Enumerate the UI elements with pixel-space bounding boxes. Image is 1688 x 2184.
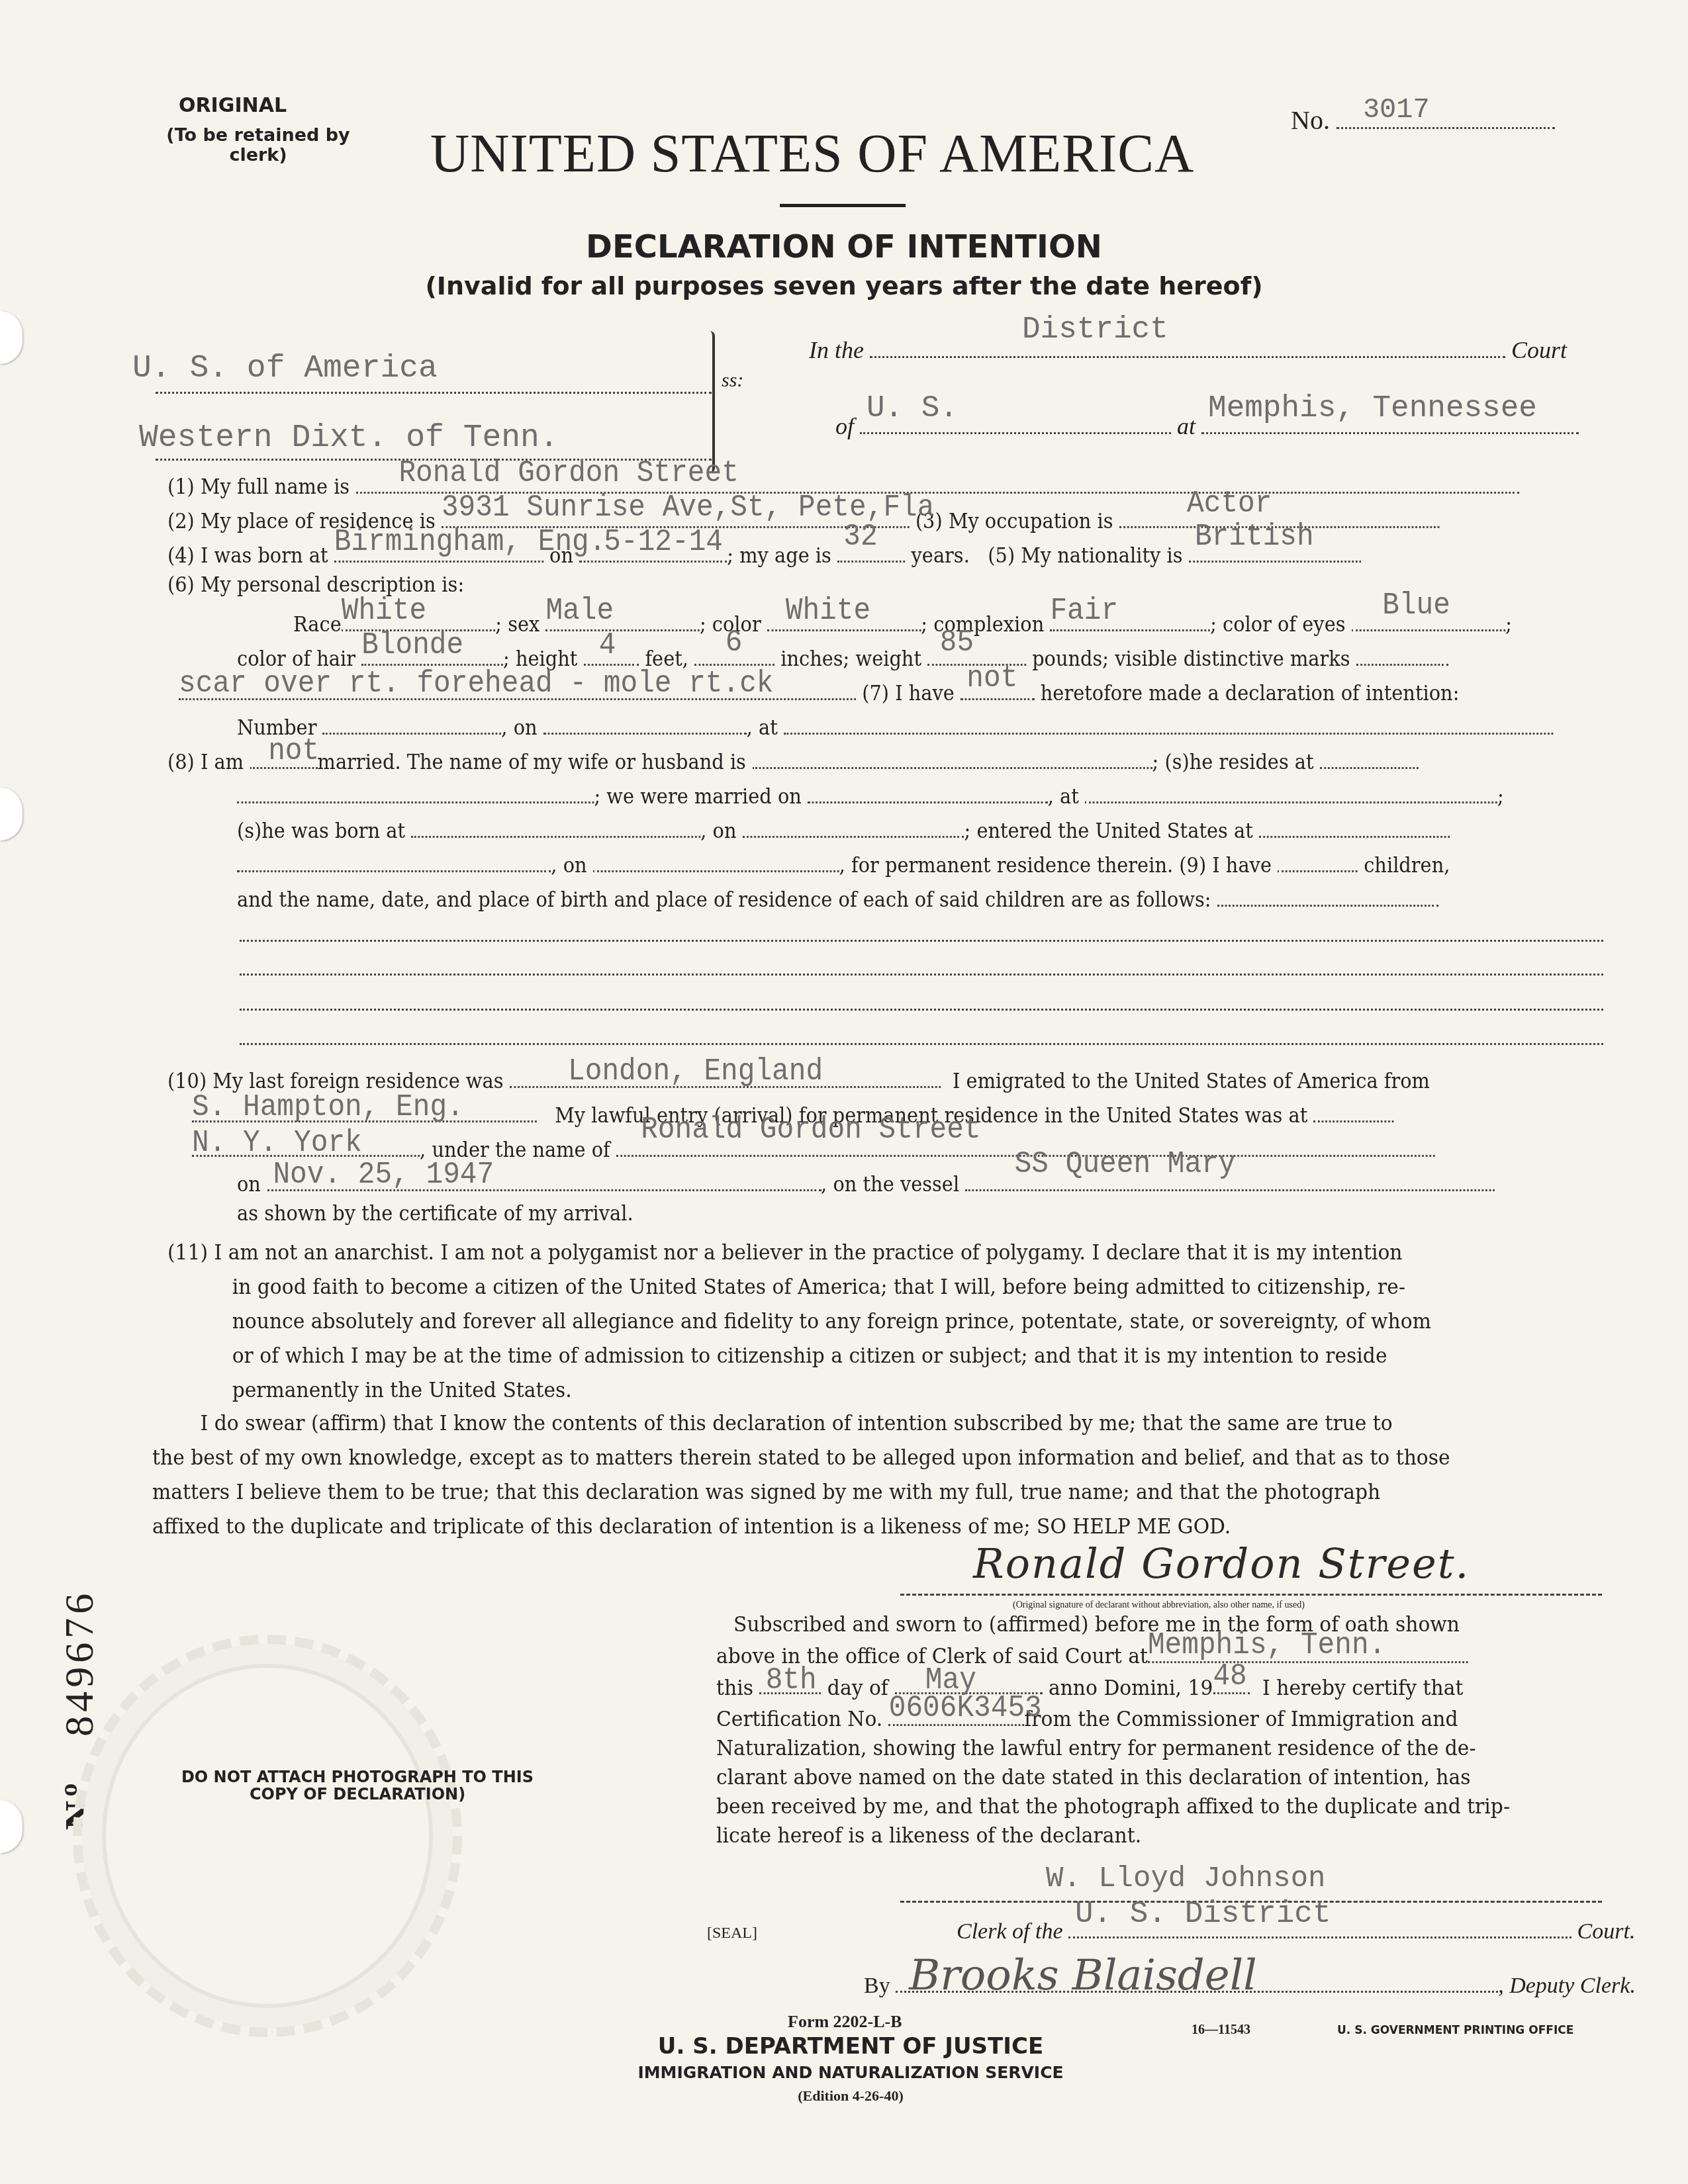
marriage-place-field[interactable] xyxy=(1085,780,1497,803)
age-field[interactable]: 32 xyxy=(837,539,905,563)
height-feet-value: 4 xyxy=(599,628,616,662)
married-on-label: ; we were married on xyxy=(594,785,801,809)
marital-status-value: not xyxy=(268,734,319,768)
spouse-entry-date-field[interactable] xyxy=(593,848,839,872)
children-line-2[interactable] xyxy=(240,974,1603,976)
prior-place-field[interactable] xyxy=(784,711,1554,735)
form-code: Form 2202-L-B xyxy=(788,2012,902,2032)
spouse-residence-field-2[interactable] xyxy=(237,780,594,803)
children-count-field[interactable] xyxy=(1278,848,1358,872)
q11-line: in good faith to become a citizen of the… xyxy=(167,1269,1431,1304)
q11-line: (11) I am not an anarchist. I am not a p… xyxy=(167,1235,1431,1269)
marriage-date-field[interactable] xyxy=(808,780,1048,803)
year-field[interactable]: 48 xyxy=(1213,1670,1250,1695)
complexion-field[interactable]: Fair xyxy=(1050,608,1210,631)
deputy-clerk-label: , Deputy Clerk. xyxy=(1498,1974,1636,1998)
copy-label: ORIGINAL xyxy=(179,94,287,117)
marks-value: scar over rt. forehead - mole rt.ck xyxy=(179,666,774,701)
by-label: By xyxy=(864,1974,890,1998)
emigrated-from-field[interactable]: S. Hampton, Eng. xyxy=(192,1099,537,1122)
venue-bracket xyxy=(710,331,715,473)
binder-hole xyxy=(0,1800,23,1853)
q7-label: (7) I have xyxy=(862,682,955,705)
cert-line-3: this 8th day of May anno Domini, 1948 I … xyxy=(716,1670,1510,1702)
full-name-value: Ronald Gordon Street xyxy=(399,456,738,490)
entry-port-field-start[interactable] xyxy=(1313,1099,1393,1122)
q8-label: (8) I am xyxy=(167,751,244,774)
ss-label: ss: xyxy=(722,369,743,392)
prior-number-field[interactable] xyxy=(323,711,502,735)
cert-no-value: 0606K3453 xyxy=(889,1694,1042,1723)
cert-no-field[interactable]: 0606K3453 xyxy=(889,1702,1025,1726)
venue-state-value: U. S. of America xyxy=(132,351,438,387)
in-the-label: In the xyxy=(809,337,864,363)
certification-block: Subscribed and sworn to (affirmed) befor… xyxy=(716,1610,1510,1850)
q8-tail: married. The name of my wife or husband … xyxy=(318,751,746,774)
title-divider xyxy=(780,204,906,207)
entry-port-field[interactable]: N. Y. York xyxy=(192,1133,420,1157)
entry-date-value: Nov. 25, 1947 xyxy=(273,1158,494,1192)
marks-field[interactable]: scar over rt. forehead - mole rt.ck xyxy=(179,676,856,700)
spouse-name-field[interactable] xyxy=(752,745,1152,769)
certify-label: I hereby certify that xyxy=(1262,1674,1463,1700)
edition-label: (Edition 4-26-40) xyxy=(626,2087,1076,2105)
oath-line: I do swear (affirm) that I know the cont… xyxy=(152,1406,1450,1440)
declarant-signature-line[interactable]: Ronald Gordon Street. xyxy=(900,1547,1602,1596)
copy-note: (To be retained by clerk) xyxy=(149,126,367,165)
height-inches-field[interactable]: 6 xyxy=(694,642,774,666)
prior-declaration-value: not xyxy=(966,661,1017,696)
venue-state-field[interactable]: U. S. of America xyxy=(156,351,712,394)
spouse-entered-label: ; entered the United States at xyxy=(964,819,1253,843)
court-suffix-label: Court. xyxy=(1577,1919,1636,1944)
children-text: and the name, date, and place of birth a… xyxy=(237,888,1211,912)
court-of-value: U. S. xyxy=(867,391,958,426)
spouse-born-on-label: , on xyxy=(700,819,736,843)
court-type-field[interactable]: District xyxy=(870,331,1505,358)
clerk-court-value: U. S. District xyxy=(1075,1897,1331,1931)
last-foreign-residence-value: London, England xyxy=(568,1054,823,1089)
spouse-resides-label: ; (s)he resides at xyxy=(1152,751,1314,774)
q7-tail: heretofore made a declaration of intenti… xyxy=(1041,682,1460,705)
spouse-residence-field[interactable] xyxy=(1320,745,1419,769)
court-row: In the District Court xyxy=(809,331,1603,364)
birth-date-value: 5-12-14 xyxy=(604,525,723,559)
marital-status-field[interactable]: not xyxy=(250,745,317,769)
deputy-signature-field[interactable]: Brooks Blaisdell xyxy=(896,1967,1498,1993)
spouse-entry-place-field[interactable] xyxy=(1259,814,1450,838)
birthplace-field[interactable]: Birmingham, Eng. xyxy=(334,539,543,563)
children-line-4[interactable] xyxy=(240,1043,1603,1045)
cert-line-1: Subscribed and sworn to (affirmed) befor… xyxy=(716,1610,1510,1639)
form-number-value: 3017 xyxy=(1363,94,1430,126)
q4-label: (4) I was born at xyxy=(167,544,328,568)
venue-district-field[interactable]: Western Dixt. of Tenn. xyxy=(156,420,712,461)
cert-line-4: Certification No. 0606K3453from the Comm… xyxy=(716,1702,1510,1733)
prior-declaration-field[interactable]: not xyxy=(961,676,1035,700)
prior-date-field[interactable] xyxy=(543,711,747,735)
clerk-of-label: Clerk of the xyxy=(957,1919,1063,1944)
court-of-field[interactable]: U. S. xyxy=(860,407,1171,434)
emigrated-from-value: S. Hampton, Eng. xyxy=(192,1090,464,1124)
court-place-field[interactable]: Memphis, Tenn. xyxy=(1148,1639,1468,1663)
spouse-birthplace-field[interactable] xyxy=(411,814,700,838)
clerk-court-field[interactable]: U. S. District xyxy=(1068,1913,1571,1938)
entry-date-field[interactable]: Nov. 25, 1947 xyxy=(267,1167,821,1191)
children-row: and the name, date, and place of birth a… xyxy=(237,883,1438,912)
photo-notice: DO NOT ATTACH PHOTOGRAPH TO THIS COPY OF… xyxy=(159,1768,556,1803)
from-commissioner-label: from the Commissioner of Immigration and xyxy=(1024,1706,1458,1731)
q8-row: (8) I am notmarried. The name of my wife… xyxy=(167,745,1419,774)
seal-label: [SEAL] xyxy=(707,1925,757,1942)
binder-hole xyxy=(0,788,23,841)
last-foreign-residence-field[interactable]: London, England xyxy=(510,1064,941,1088)
color-field[interactable]: White xyxy=(767,608,921,631)
marks-field-start[interactable] xyxy=(1356,642,1449,666)
court-label: Court xyxy=(1511,337,1567,363)
form-number-row: No. 3017 xyxy=(1291,99,1555,136)
oath-paragraph: I do swear (affirm) that I know the cont… xyxy=(152,1406,1450,1543)
spouse-born-at-label: (s)he was born at xyxy=(237,819,405,843)
venue-district-value: Western Dixt. of Tenn. xyxy=(139,420,559,456)
q1-label: (1) My full name is xyxy=(167,475,350,499)
children-details-field[interactable] xyxy=(1217,883,1439,907)
country-title: UNITED STATES OF AMERICA xyxy=(430,122,1194,185)
occupation-value: Actor xyxy=(1187,486,1272,521)
hair-field[interactable]: Blonde xyxy=(361,642,503,666)
court-place-value: Memphis, Tenn. xyxy=(1148,1631,1385,1660)
weight-value: 85 xyxy=(940,625,974,660)
q11-line: or of which I may be at the time of admi… xyxy=(167,1338,1431,1373)
spouse-entry-on-label: , on xyxy=(551,854,586,878)
hair-value: Blonde xyxy=(361,628,463,662)
years-label: years. xyxy=(912,544,970,568)
court-location-row: of U. S. at Memphis, Tennessee xyxy=(835,407,1630,440)
entry-name-value: Ronald Gordon Street xyxy=(641,1113,980,1147)
q10-row: (10) My last foreign residence was Londo… xyxy=(167,1064,1430,1093)
height-feet-field[interactable]: 4 xyxy=(584,642,639,666)
cert-line-2: above in the office of Clerk of said Cou… xyxy=(716,1639,1510,1670)
deputy-row: By Brooks Blaisdell, Deputy Clerk. xyxy=(864,1967,1636,1999)
oath-line: affixed to the duplicate and triplicate … xyxy=(152,1509,1450,1543)
binder-hole xyxy=(0,311,23,364)
court-type-value: District xyxy=(1022,312,1168,347)
complexion-value: Fair xyxy=(1050,594,1118,628)
entry-port-value: N. Y. York xyxy=(192,1126,362,1160)
nationality-field[interactable]: British xyxy=(1189,539,1361,563)
cert-body-line: clarant above named on the date stated i… xyxy=(716,1762,1510,1792)
cert-no-label: Certification No. xyxy=(716,1706,882,1731)
oath-line: matters I believe them to be true; that … xyxy=(152,1475,1450,1509)
year-value: 48 xyxy=(1213,1662,1246,1691)
entry-date-row: on Nov. 25, 1947, on the vessel SS Queen… xyxy=(237,1167,1495,1197)
document-subtitle: (Invalid for all purposes seven years af… xyxy=(0,271,1688,300)
children-line-1[interactable] xyxy=(240,940,1603,942)
day-field[interactable]: 8th xyxy=(759,1670,821,1695)
day-of-label: day of xyxy=(827,1674,888,1700)
race-value: White xyxy=(342,594,426,628)
spouse-birth-row: (s)he was born at , on ; entered the Uni… xyxy=(237,814,1450,843)
q11-line: nounce absolutely and forever all allegi… xyxy=(167,1304,1431,1338)
deputy-signature: Brooks Blaisdell xyxy=(909,1951,1256,2000)
department-name: U. S. DEPARTMENT OF JUSTICE xyxy=(626,2033,1076,2060)
age-value: 32 xyxy=(843,520,877,554)
q3-label: (3) My occupation is xyxy=(915,510,1113,533)
age-label: ; my age is xyxy=(727,544,831,568)
cert-body-line: Naturalization, showing the lawful entry… xyxy=(716,1733,1510,1762)
sex-value: Male xyxy=(545,594,614,628)
description-row-3: scar over rt. forehead - mole rt.ck (7) … xyxy=(179,676,1459,705)
oath-line: the best of my own knowledge, except as … xyxy=(152,1440,1450,1475)
clerk-name-value: W. Lloyd Johnson xyxy=(1046,1862,1325,1895)
cert-body-line: been received by me, and that the photog… xyxy=(716,1792,1510,1821)
children-label: children, xyxy=(1364,854,1450,878)
permanent-residence-label: , for permanent residence therein. (9) I… xyxy=(839,854,1272,878)
entry-on-label: on xyxy=(237,1173,261,1197)
nationality-value: British xyxy=(1195,520,1314,554)
printer-label: U. S. GOVERNMENT PRINTING OFFICE xyxy=(1337,2024,1573,2037)
spouse-birthdate-field[interactable] xyxy=(743,814,964,838)
at-label: at xyxy=(1177,413,1196,439)
of-label: of xyxy=(835,413,854,439)
service-name: IMMIGRATION AND NATURALIZATION SERVICE xyxy=(596,2063,1105,2082)
declarant-signature: Ronald Gordon Street. xyxy=(973,1539,1470,1588)
prior-at-label: , at xyxy=(747,716,778,740)
children-line-3[interactable] xyxy=(240,1009,1603,1011)
vessel-label: , on the vessel xyxy=(821,1173,959,1197)
print-code: 16—11543 xyxy=(1192,2023,1250,2038)
form-number-field[interactable]: 3017 xyxy=(1336,99,1555,129)
q11-paragraph: (11) I am not an anarchist. I am not a p… xyxy=(167,1235,1431,1407)
this-label: this xyxy=(716,1674,753,1700)
eyes-value: Blue xyxy=(1382,588,1450,623)
sex-label: ; sex xyxy=(495,613,539,637)
race-label: Race xyxy=(293,613,342,637)
day-value: 8th xyxy=(766,1666,817,1695)
description-row-1: RaceWhite; sex Male; color White; comple… xyxy=(293,608,1512,637)
q5-label: (5) My nationality is xyxy=(988,544,1182,568)
prior-declaration-row: Number , on , at xyxy=(237,711,1553,740)
form-number-label: No. xyxy=(1291,105,1330,135)
vessel-value: SS Queen Mary xyxy=(1015,1147,1236,1181)
anno-domini-label: anno Domini, 19 xyxy=(1049,1674,1213,1700)
serial-value: 849676 xyxy=(57,1590,102,1737)
height-inches-value: 6 xyxy=(726,625,743,660)
pounds-label: pounds; visible distinctive marks xyxy=(1032,647,1350,671)
embossed-court-seal xyxy=(73,1635,462,2037)
spouse-entry-row: , on , for permanent residence therein. … xyxy=(237,848,1450,878)
court-at-field[interactable]: Memphis, Tennessee xyxy=(1201,407,1579,434)
birth-date-field[interactable]: 5-12-14 xyxy=(579,539,727,563)
sex-field[interactable]: Male xyxy=(545,608,700,631)
color-value: White xyxy=(786,594,870,628)
eyes-field[interactable]: Blue xyxy=(1352,608,1506,631)
birthplace-value: Birmingham, Eng. xyxy=(334,525,606,559)
vessel-field[interactable]: SS Queen Mary xyxy=(965,1167,1495,1191)
emigrated-label: I emigrated to the United States of Amer… xyxy=(953,1069,1430,1093)
inches-label: inches; weight xyxy=(780,647,921,671)
married-at-label: , at xyxy=(1048,785,1079,809)
certificate-note: as shown by the certificate of my arriva… xyxy=(237,1202,633,1226)
document-title: DECLARATION OF INTENTION xyxy=(0,228,1688,265)
court-at-value: Memphis, Tennessee xyxy=(1208,391,1537,426)
marriage-row: ; we were married on , at ; xyxy=(237,780,1504,809)
spouse-entry-place-field-2[interactable] xyxy=(237,848,551,872)
clerk-court-row: Clerk of the U. S. District Court. xyxy=(957,1913,1635,1944)
cert-body-line: licate hereof is a likeness of the decla… xyxy=(716,1821,1510,1850)
q4-row: (4) I was born at Birmingham, Eng. on 5-… xyxy=(167,539,1361,568)
q11-line: permanently in the United States. xyxy=(167,1373,1431,1407)
eyes-label: ; color of eyes xyxy=(1210,613,1345,637)
prior-on-label: , on xyxy=(501,716,537,740)
